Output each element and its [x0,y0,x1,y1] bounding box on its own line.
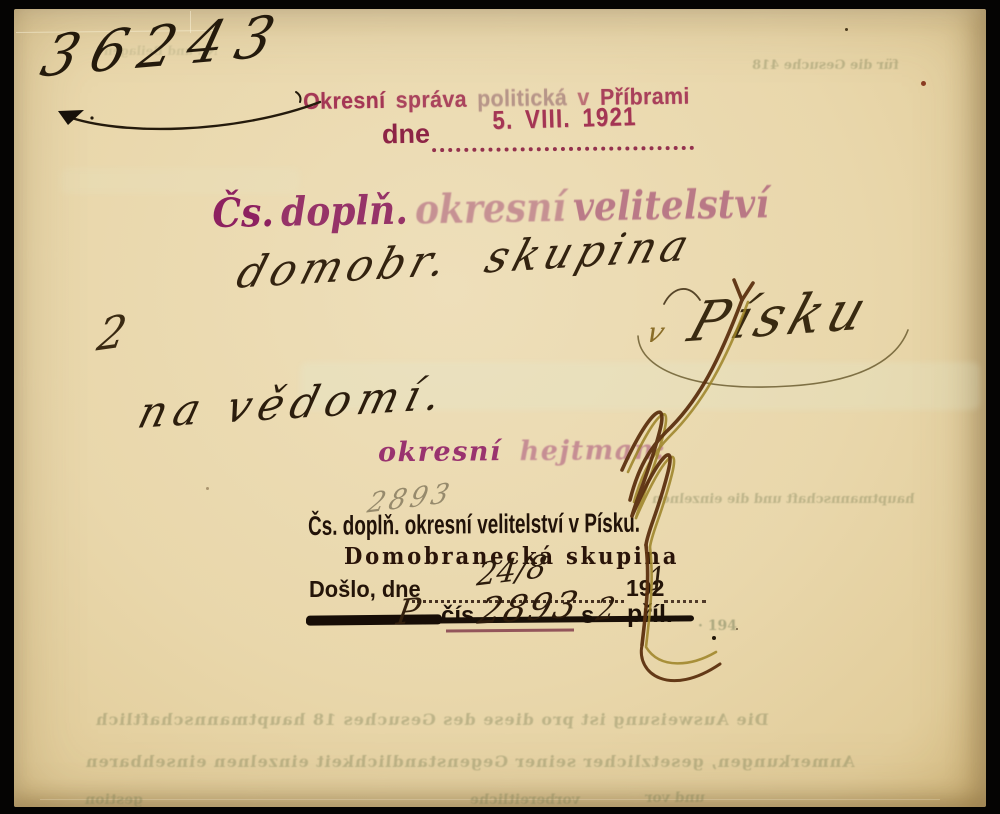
scanned-document-scene: Nr. und Beilagen für die Gesuche 418 hau… [0,0,1000,814]
stamp-word: doplň. [281,187,409,236]
stamp-word: okresní [378,436,502,468]
stamp-pisek-title: Čs. doplň. okresní velitelství v Písku. [308,508,640,542]
stamp-pril-label: příl. [627,600,673,629]
ghost-bleedthrough-text: Anmerkungen, gesetzlicher seiner Gegenst… [84,752,855,771]
paper-speck [736,628,738,630]
stamp-okresni-hejtman: okresní hejtman: [378,435,667,469]
stamp-word: Čs. [212,189,274,237]
stamp-dne-label: dne [382,119,431,151]
ghost-bleedthrough-number: · 194 [698,618,737,634]
paper-speck [845,28,848,31]
handwriting-cis-number: 2893 [474,584,584,633]
stamp-dotted-line [664,574,706,603]
stamp-word: správa [395,86,467,114]
strikethrough-bar [306,614,442,625]
ghost-bleedthrough-text: gestion [84,792,143,808]
paper-speck [206,487,209,490]
ghost-bleedthrough-text: hauptmannschaft und die einzelnen [651,492,915,507]
stamp-word: Okresní [303,87,386,115]
stamp-word: okresní [415,184,567,234]
ghost-bleedthrough-text: vorbereitliche [469,792,580,808]
ghost-bleedthrough-text: und vor [644,790,705,806]
paper-speck [712,636,716,640]
ghost-bleedthrough-text: Die Ausweisung ist pro diese des Gesuche… [94,710,769,729]
stamp-word: hejtman: [519,435,666,467]
handwriting-year-digit: 1 [647,559,668,599]
stamp-date-pribram: 5. VIII. 1921 [492,101,637,136]
ghost-bleedthrough-text: für die Gesuche 418 [751,58,899,73]
paper-speck [921,81,926,86]
